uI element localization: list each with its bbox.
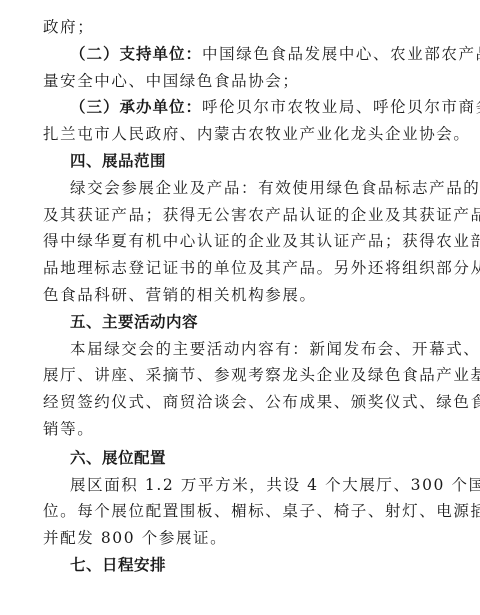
paragraph-line: 绿交会参展企业及产品：有效使用绿色食品标志产品的企业 xyxy=(43,175,443,202)
text-line: 销等。 xyxy=(43,416,443,443)
text-line: 政府； xyxy=(43,14,443,41)
section-heading-exhibits-scope: 四、展品范围 xyxy=(43,148,443,175)
text-line: 品地理标志登记证书的单位及其产品。另外还将组织部分从事绿 xyxy=(43,255,443,282)
text-line: 及其获证产品；获得无公害农产品认证的企业及其获证产品；获 xyxy=(43,202,443,229)
section-heading-main-activities: 五、主要活动内容 xyxy=(43,309,443,336)
organizer-units-label: （三）承办单位： xyxy=(70,98,202,116)
supporting-units-line: （二）支持单位：中国绿色食品发展中心、农业部农产品质 xyxy=(43,41,443,68)
supporting-units-label: （二）支持单位： xyxy=(70,45,202,63)
paragraph-line: 本届绿交会的主要活动内容有：新闻发布会、开幕式、参观 xyxy=(43,336,443,363)
text-line: 色食品科研、营销的相关机构参展。 xyxy=(43,282,443,309)
text-line: 展厅、讲座、采摘节、参观考察龙头企业及绿色食品产业基地、 xyxy=(43,362,443,389)
document-page: 政府； （二）支持单位：中国绿色食品发展中心、农业部农产品质 量安全中心、中国绿… xyxy=(43,14,443,579)
paragraph-line: 展区面积 1.2 万平方米，共设 4 个大展厅、300 个国际标准展 xyxy=(43,472,443,499)
organizer-units-text: 呼伦贝尔市农牧业局、呼伦贝尔市商务局、 xyxy=(202,98,480,116)
text-line: 并配发 800 个参展证。 xyxy=(43,525,443,552)
section-heading-schedule: 七、日程安排 xyxy=(43,552,443,579)
text-line: 扎兰屯市人民政府、内蒙古农牧业产业化龙头企业协会。 xyxy=(43,121,443,148)
text-line: 得中绿华夏有机中心认证的企业及其认证产品；获得农业部农产 xyxy=(43,228,443,255)
text-line: 位。每个展位配置围板、楣标、桌子、椅子、射灯、电源插座等， xyxy=(43,498,443,525)
section-heading-booth-configuration: 六、展位配置 xyxy=(43,445,443,472)
text-line: 经贸签约仪式、商贸洽谈会、公布成果、颁奖仪式、绿色食品展 xyxy=(43,389,443,416)
supporting-units-text: 中国绿色食品发展中心、农业部农产品质 xyxy=(202,45,480,63)
organizer-units-line: （三）承办单位：呼伦贝尔市农牧业局、呼伦贝尔市商务局、 xyxy=(43,94,443,121)
text-line: 量安全中心、中国绿色食品协会； xyxy=(43,68,443,95)
